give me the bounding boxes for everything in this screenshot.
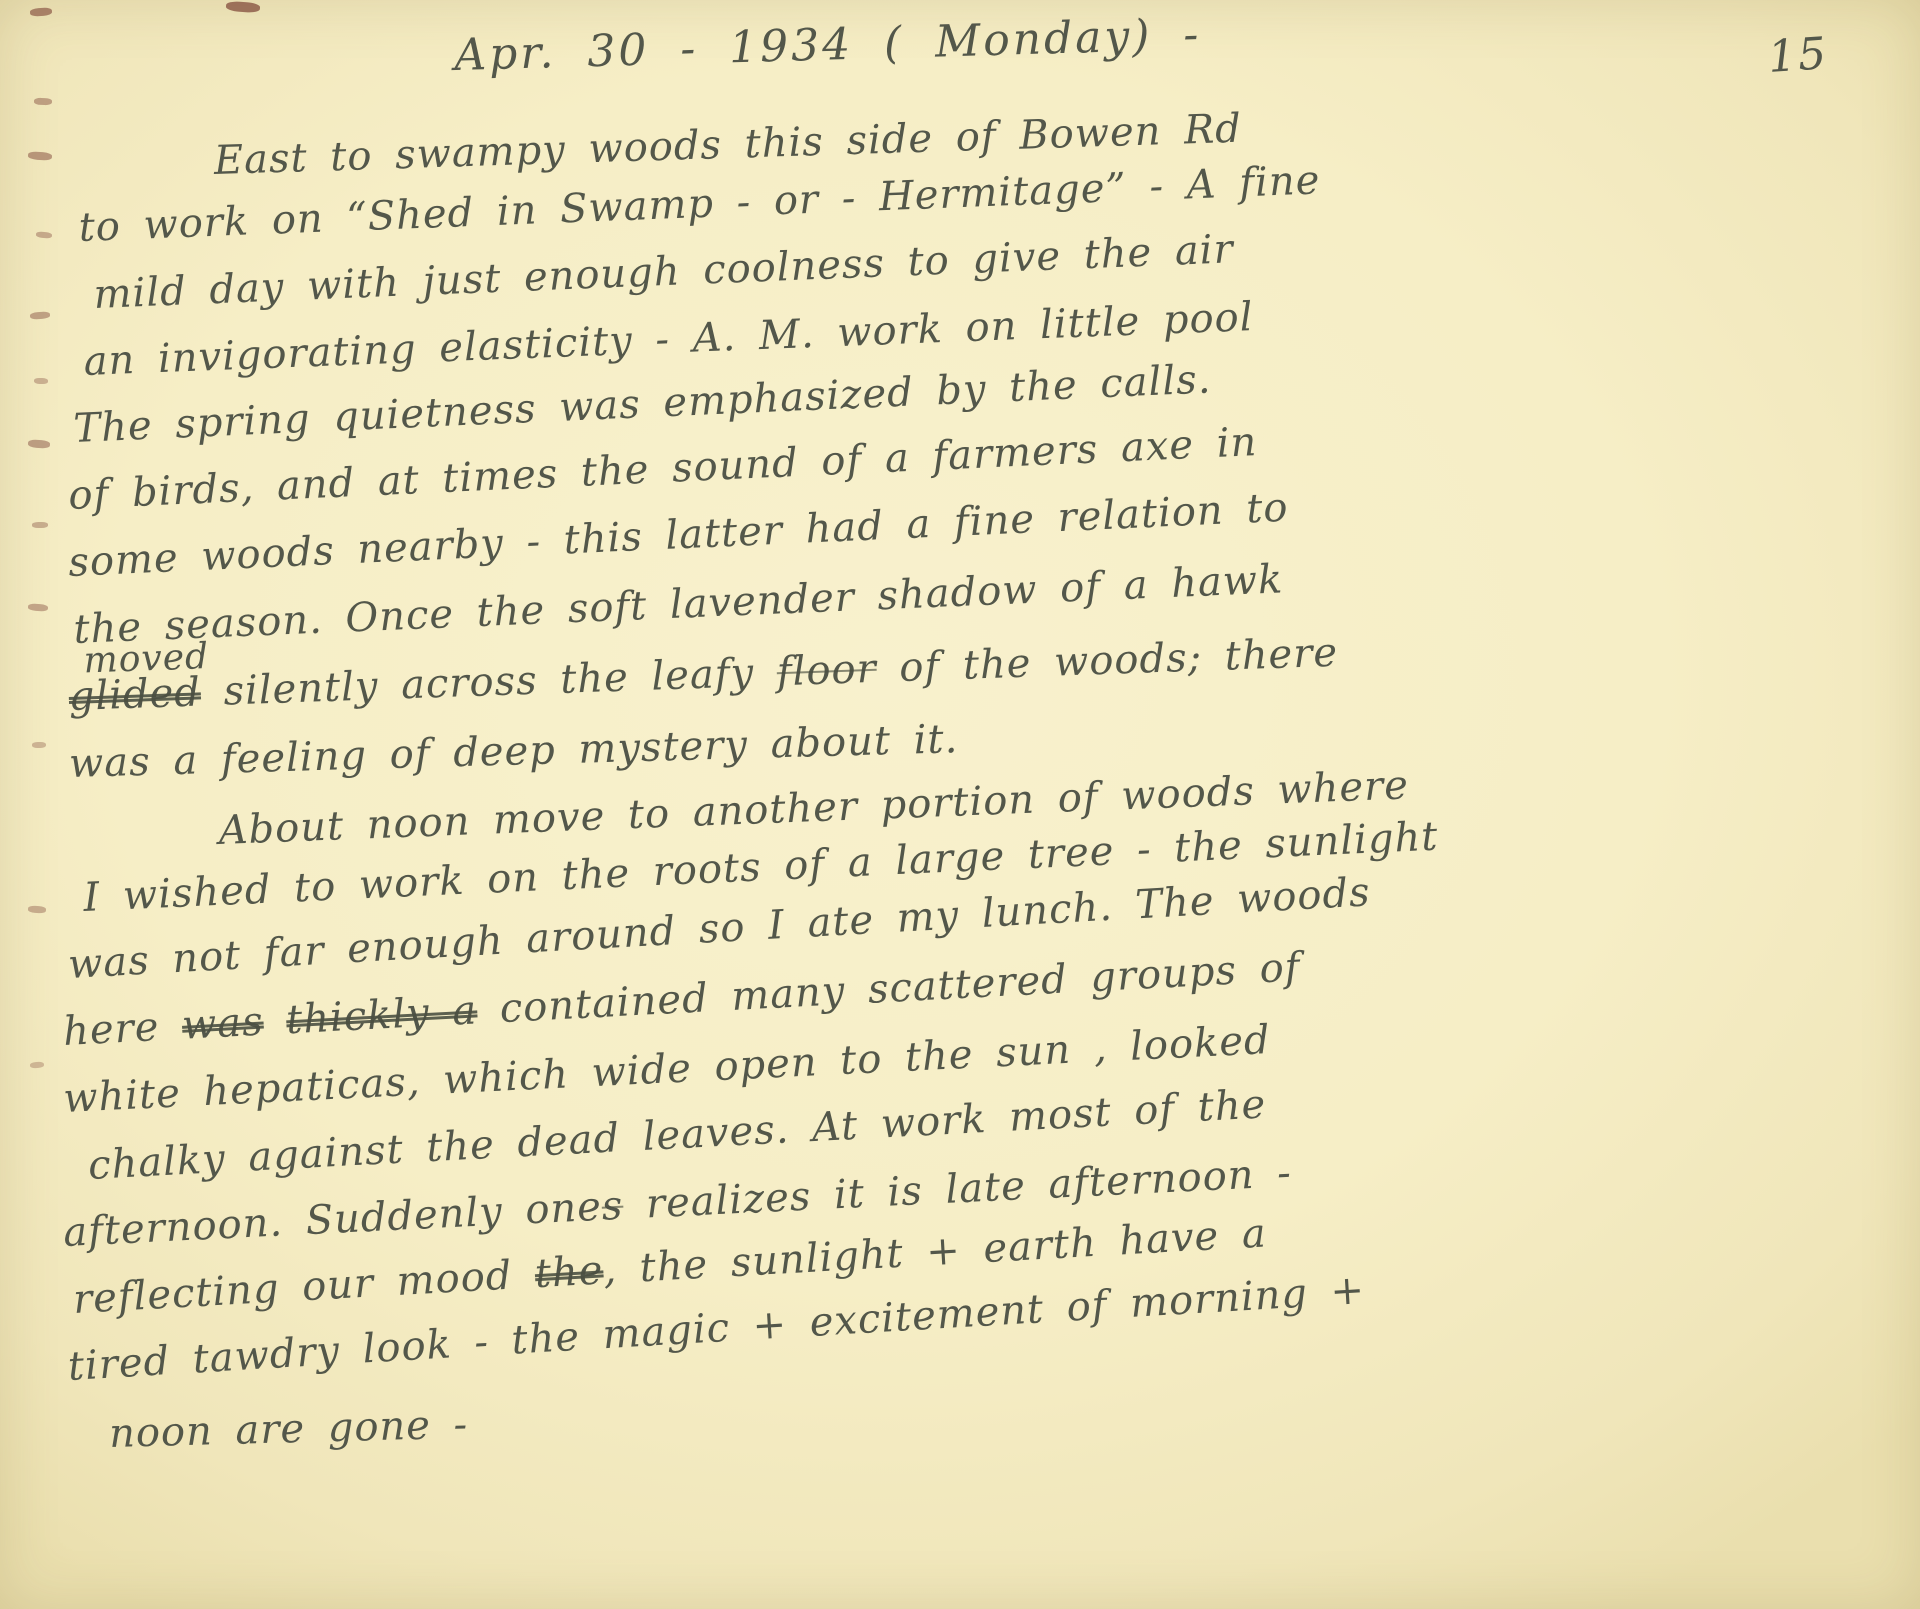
- struck-word: the: [534, 1247, 605, 1297]
- scan-artifact: [30, 7, 53, 17]
- line-text: of the woods; there: [876, 630, 1339, 692]
- struck-word: thickly a: [285, 987, 478, 1043]
- inserted-word: moved: [82, 623, 210, 694]
- struck-word: floor: [776, 646, 877, 695]
- journal-page: 15 Apr. 30 - 1934 ( Monday) - East to sw…: [0, 0, 1920, 1609]
- struck-word: was: [181, 999, 265, 1049]
- line-text: [262, 997, 287, 1044]
- line-text: noon are gone -: [109, 1402, 469, 1457]
- date-heading: Apr. 30 - 1934 ( Monday) -: [454, 9, 1202, 81]
- scan-artifact: [34, 98, 52, 106]
- page-number: 15: [1766, 28, 1829, 83]
- line-text: silently across the leafy: [200, 649, 778, 715]
- correction: movedglided: [68, 659, 202, 731]
- handwriting-lines: East to swampy woods this side of Bowen …: [0, 128, 1920, 1468]
- struck-word: s: [601, 1183, 625, 1230]
- scan-artifact: [226, 1, 261, 13]
- line-text: here: [62, 1003, 183, 1055]
